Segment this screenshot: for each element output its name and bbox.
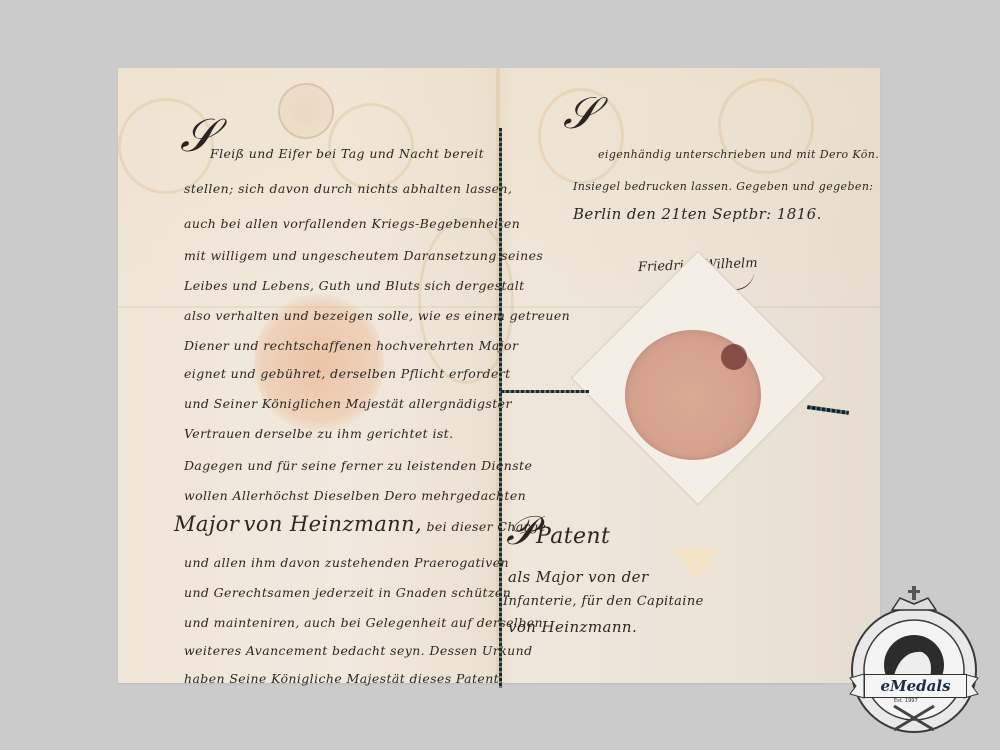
place-date-line: Berlin den 21ten Septbr: 1816. [573, 205, 822, 223]
endorsement-line: als Major von der [508, 568, 649, 586]
text-line: Leibes und Lebens, Guth und Bluts sich d… [184, 278, 525, 293]
text-line: eigenhändig unterschrieben und mit Dero … [598, 148, 879, 161]
name-line: Major von Heinzmann, bei dieser Charge [174, 512, 546, 536]
officer-name: von Heinzmann, [244, 512, 423, 536]
text-line: haben Seine Königliche Majestät dieses P… [184, 671, 499, 686]
endorsement-title: Patent [536, 524, 610, 549]
text-line: weiteres Avancement bedacht seyn. Dessen… [184, 643, 533, 658]
text-line: und Seiner Königlichen Majestät allergnä… [184, 396, 512, 411]
binding-cord-horizontal [501, 390, 589, 393]
text-line: also verhalten und bezeigen solle, wie e… [184, 308, 570, 323]
text-line: Insiegel bedrucken lassen. Gegeben und g… [573, 180, 873, 193]
text-line: und mainteniren, auch bei Gelegenheit au… [184, 615, 543, 630]
text-line: mit willigem und ungescheutem Daransetzu… [184, 248, 543, 263]
rank-emphasis: Major [174, 512, 239, 536]
text-line: wollen Allerhöchst Dieselben Dero mehrge… [184, 488, 526, 503]
text-line: Fleiß und Eifer bei Tag und Nacht bereit [210, 146, 484, 161]
embossed-stamp [278, 83, 334, 139]
text-line: Dagegen und für seine ferner zu leistend… [184, 458, 532, 473]
text-line: stellen; sich davon durch nichts abhalte… [184, 181, 512, 196]
emedals-watermark-logo: eMedals Est. 1997 [842, 580, 987, 740]
decorative-initial: 𝒮 [563, 88, 597, 139]
text-line: auch bei allen vorfallenden Kriegs-Begeb… [184, 216, 520, 231]
decorative-initial: 𝒫 [506, 508, 535, 554]
text-line: eignet und gebühret, derselben Pflicht e… [184, 366, 511, 381]
binding-cord [499, 128, 502, 688]
endorsement-line: Infanterie, für den Capitaine [503, 594, 704, 609]
established-year: Est. 1997 [894, 698, 918, 704]
text-line: Diener und rechtschaffenen hochverehrten… [184, 338, 518, 353]
seal-paper-tab [673, 548, 721, 580]
text-line: Vertrauen derselbe zu ihm gerichtet ist. [184, 426, 453, 441]
endorsement-line: von Heinzmann. [508, 618, 637, 636]
text-line: und allen ihm davon zustehenden Praeroga… [184, 555, 509, 570]
document-paper: 𝒮 Fleiß und Eifer bei Tag und Nacht bere… [118, 68, 880, 683]
badge-icon [842, 580, 987, 740]
brand-name: eMedals [864, 674, 967, 698]
royal-wax-seal [625, 330, 761, 460]
binding-cord-end [807, 405, 849, 415]
text-line: und Gerechtsamen jederzeit in Gnaden sch… [184, 585, 511, 600]
